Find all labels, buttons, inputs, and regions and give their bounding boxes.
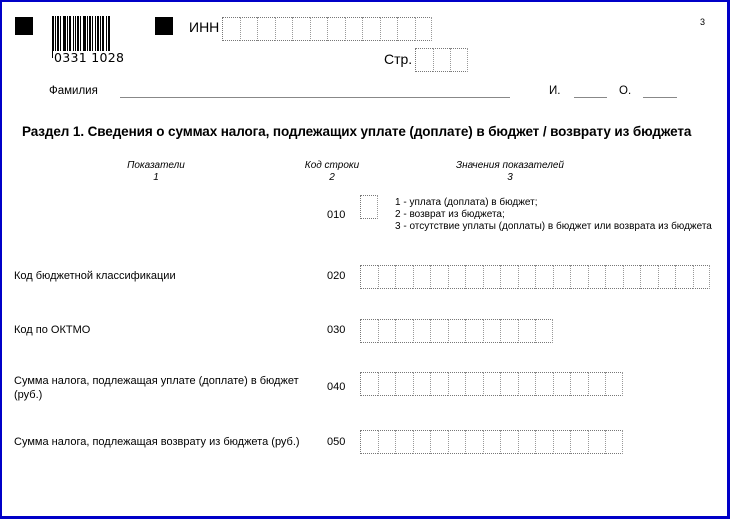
character-cell[interactable] xyxy=(465,319,483,343)
patronymic-initial-label: О. xyxy=(619,85,631,97)
character-cell[interactable] xyxy=(535,430,553,454)
row-050-label: Сумма налога, подлежащая возврату из бюд… xyxy=(14,435,300,449)
character-cell[interactable] xyxy=(222,17,240,41)
character-cell[interactable] xyxy=(623,265,641,289)
row-020-code: 020 xyxy=(327,270,345,282)
character-cell[interactable] xyxy=(535,372,553,396)
character-cell[interactable] xyxy=(570,372,588,396)
column-number: 3 xyxy=(450,172,570,184)
character-cell[interactable] xyxy=(465,430,483,454)
character-cell[interactable] xyxy=(570,265,588,289)
row-020-field[interactable] xyxy=(360,265,710,289)
character-cell[interactable] xyxy=(378,265,396,289)
character-cell[interactable] xyxy=(430,265,448,289)
surname-field[interactable] xyxy=(120,97,510,98)
character-cell[interactable] xyxy=(605,430,623,454)
character-cell[interactable] xyxy=(433,48,451,72)
first-initial-label: И. xyxy=(549,85,560,97)
character-cell[interactable] xyxy=(360,319,378,343)
column-number: 1 xyxy=(106,172,206,184)
character-cell[interactable] xyxy=(553,372,571,396)
character-cell[interactable] xyxy=(378,372,396,396)
character-cell[interactable] xyxy=(413,372,431,396)
barcode-number: 0331 1028 xyxy=(53,51,125,64)
character-cell[interactable] xyxy=(483,265,501,289)
character-cell[interactable] xyxy=(588,430,606,454)
page-label: Стр. xyxy=(384,51,412,67)
column-header-line-code: Код строки 2 xyxy=(292,160,372,184)
alignment-marker-right xyxy=(155,17,173,35)
character-cell[interactable] xyxy=(518,372,536,396)
character-cell[interactable] xyxy=(395,265,413,289)
character-cell[interactable] xyxy=(413,319,431,343)
character-cell[interactable] xyxy=(518,319,536,343)
column-header-indicators: Показатели 1 xyxy=(106,160,206,184)
character-cell[interactable] xyxy=(535,265,553,289)
character-cell[interactable] xyxy=(448,372,466,396)
character-cell[interactable] xyxy=(450,48,468,72)
character-cell[interactable] xyxy=(257,17,275,41)
alignment-marker-left xyxy=(15,17,33,35)
character-cell[interactable] xyxy=(465,265,483,289)
character-cell[interactable] xyxy=(500,319,518,343)
character-cell[interactable] xyxy=(570,430,588,454)
character-cell[interactable] xyxy=(395,319,413,343)
character-cell[interactable] xyxy=(605,265,623,289)
row-040-code: 040 xyxy=(327,381,345,393)
patronymic-initial-field[interactable] xyxy=(643,97,677,98)
character-cell[interactable] xyxy=(518,430,536,454)
character-cell[interactable] xyxy=(483,319,501,343)
option-3: 3 - отсутствие уплаты (доплаты) в бюджет… xyxy=(395,221,712,233)
column-title: Код строки xyxy=(292,160,372,172)
character-cell[interactable] xyxy=(345,17,363,41)
character-cell[interactable] xyxy=(553,265,571,289)
character-cell[interactable] xyxy=(658,265,676,289)
character-cell[interactable] xyxy=(483,372,501,396)
inn-field[interactable] xyxy=(222,17,432,41)
character-cell[interactable] xyxy=(553,430,571,454)
character-cell[interactable] xyxy=(327,17,345,41)
row-030-code: 030 xyxy=(327,324,345,336)
character-cell[interactable] xyxy=(240,17,258,41)
row-020-label: Код бюджетной классификации xyxy=(14,269,176,283)
row-050-code: 050 xyxy=(327,436,345,448)
character-cell[interactable] xyxy=(360,372,378,396)
corner-page-number: 3 xyxy=(700,17,705,27)
character-cell[interactable] xyxy=(448,265,466,289)
character-cell[interactable] xyxy=(415,17,433,41)
row-010-code: 010 xyxy=(327,209,345,221)
character-cell[interactable] xyxy=(380,17,398,41)
character-cell[interactable] xyxy=(483,430,501,454)
character-cell[interactable] xyxy=(378,319,396,343)
character-cell[interactable] xyxy=(275,17,293,41)
option-1: 1 - уплата (доплата) в бюджет; xyxy=(395,197,712,209)
character-cell[interactable] xyxy=(430,319,448,343)
character-cell[interactable] xyxy=(397,17,415,41)
row-010-field[interactable] xyxy=(360,195,378,219)
character-cell[interactable] xyxy=(500,372,518,396)
character-cell[interactable] xyxy=(693,265,711,289)
character-cell[interactable] xyxy=(465,372,483,396)
character-cell[interactable] xyxy=(413,430,431,454)
character-cell[interactable] xyxy=(413,265,431,289)
character-cell[interactable] xyxy=(362,17,380,41)
character-cell[interactable] xyxy=(605,372,623,396)
character-cell[interactable] xyxy=(588,372,606,396)
row-050-field[interactable] xyxy=(360,430,623,454)
character-cell[interactable] xyxy=(448,319,466,343)
character-cell[interactable] xyxy=(588,265,606,289)
surname-label: Фамилия xyxy=(49,85,98,97)
character-cell[interactable] xyxy=(395,430,413,454)
inn-label: ИНН xyxy=(189,19,219,35)
character-cell[interactable] xyxy=(518,265,536,289)
character-cell[interactable] xyxy=(378,430,396,454)
column-number: 2 xyxy=(292,172,372,184)
row-040-label: Сумма налога, подлежащая уплате (доплате… xyxy=(14,374,314,402)
column-title: Показатели xyxy=(106,160,206,172)
row-030-label: Код по ОКТМО xyxy=(14,323,90,337)
character-cell[interactable] xyxy=(395,372,413,396)
column-header-values: Значения показателей 3 xyxy=(450,160,570,184)
option-2: 2 - возврат из бюджета; xyxy=(395,209,712,221)
character-cell[interactable] xyxy=(535,319,553,343)
character-cell[interactable] xyxy=(675,265,693,289)
character-cell[interactable] xyxy=(310,17,328,41)
character-cell[interactable] xyxy=(500,430,518,454)
character-cell[interactable] xyxy=(360,265,378,289)
character-cell[interactable] xyxy=(360,195,378,219)
character-cell[interactable] xyxy=(430,372,448,396)
character-cell[interactable] xyxy=(448,430,466,454)
row-010-options: 1 - уплата (доплата) в бюджет; 2 - возвр… xyxy=(395,197,712,233)
character-cell[interactable] xyxy=(360,430,378,454)
section-title: Раздел 1. Сведения о суммах налога, подл… xyxy=(22,124,712,139)
character-cell[interactable] xyxy=(430,430,448,454)
column-title: Значения показателей xyxy=(450,160,570,172)
row-040-field[interactable] xyxy=(360,372,623,396)
page-number-field[interactable] xyxy=(415,48,468,72)
character-cell[interactable] xyxy=(292,17,310,41)
character-cell[interactable] xyxy=(500,265,518,289)
character-cell[interactable] xyxy=(415,48,433,72)
first-initial-field[interactable] xyxy=(574,97,607,98)
character-cell[interactable] xyxy=(640,265,658,289)
row-030-field[interactable] xyxy=(360,319,553,343)
